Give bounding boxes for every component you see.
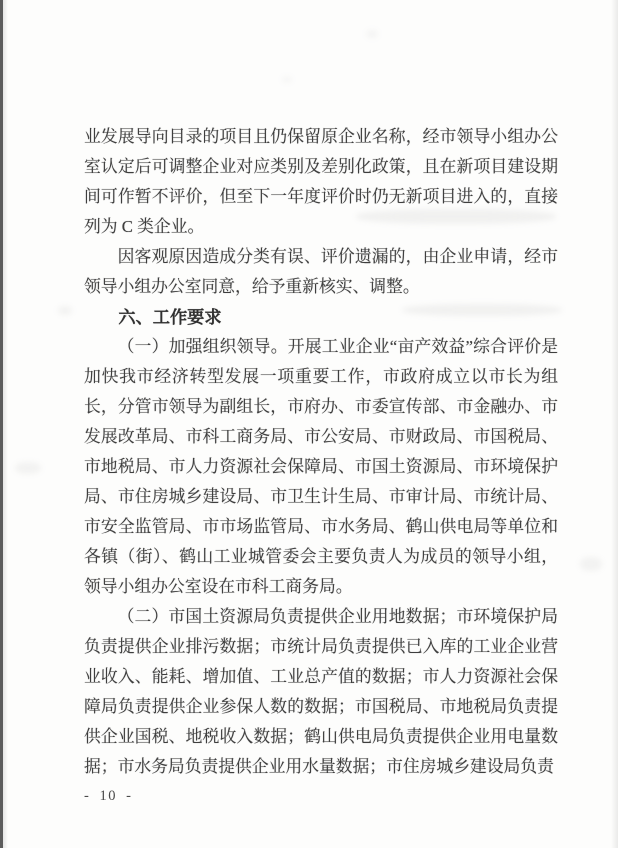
body-paragraph: 业发展导向目录的项目且仍保留原企业名称，经市领导小组办公室认定后可调整企业对应类… [84, 122, 558, 242]
scan-smudge [282, 76, 292, 83]
scan-edge-right [611, 0, 618, 848]
document-body: 业发展导向目录的项目且仍保留原企业名称，经市领导小组办公室认定后可调整企业对应类… [84, 122, 558, 782]
section-heading: 六、工作要求 [84, 302, 558, 332]
scan-smudge [58, 306, 72, 315]
scan-edge-left-shadow [3, 0, 8, 848]
body-paragraph: 因客观原因造成分类有误、评价遗漏的，由企业申请，经市领导小组办公室同意，给予重新… [84, 242, 558, 302]
scan-smudge [580, 557, 602, 571]
scan-smudge [366, 30, 378, 38]
document-page: 业发展导向目录的项目且仍保留原企业名称，经市领导小组办公室认定后可调整企业对应类… [0, 0, 618, 848]
scan-smudge [15, 462, 41, 474]
body-paragraph: （一）加强组织领导。开展工业企业“亩产效益”综合评价是加快我市经济转型发展一项重… [84, 332, 558, 602]
page-number: - 10 - [84, 788, 132, 805]
body-paragraph: （二）市国土资源局负责提供企业用地数据；市环境保护局负责提供企业排污数据；市统计… [84, 602, 558, 782]
